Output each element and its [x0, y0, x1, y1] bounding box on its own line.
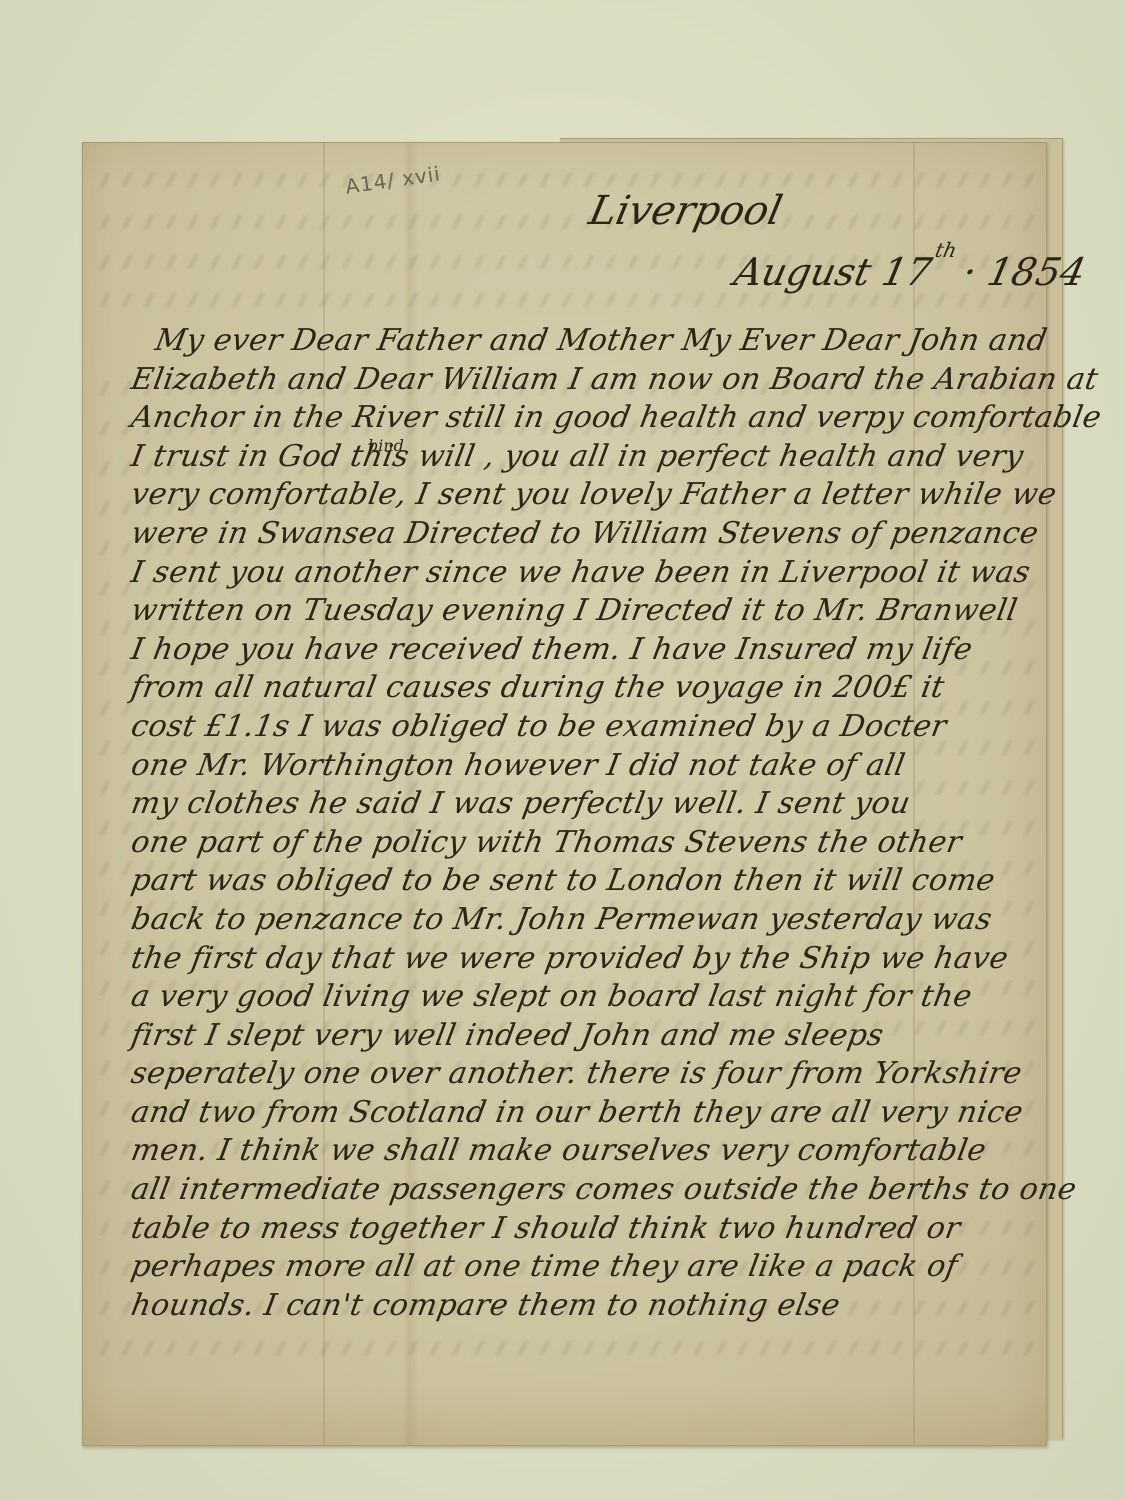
letter-line: seperately one over another. there is fo…	[128, 1055, 1052, 1094]
letter-line: part was obliged to be sent to London th…	[128, 862, 1052, 901]
letter-line: cost £1.1s I was obliged to be examined …	[128, 708, 1052, 747]
letter-line: Anchor in the River still in good health…	[128, 399, 1052, 438]
letter-line: a very good living we slept on board las…	[128, 978, 1052, 1017]
letter-line: first I slept very well indeed John and …	[128, 1017, 1052, 1056]
letter-line: hounds. I can't compare them to nothing …	[128, 1287, 1052, 1326]
letter-line: I hope you have received them. I have In…	[128, 631, 1052, 670]
archive-reference-mark: A14/ xvii	[345, 168, 441, 192]
letter-line: the first day that we were provided by t…	[128, 940, 1052, 979]
letter-body: My ever Dear Father and Mother My Ever D…	[140, 322, 1045, 1325]
letter-line: very comfortable, I sent you lovely Fath…	[128, 476, 1052, 515]
letter-line: perhapes more all at one time they are l…	[128, 1248, 1052, 1287]
letter-place: Liverpool	[585, 188, 786, 234]
letter-line: and two from Scotland in our berth they …	[128, 1094, 1052, 1133]
letter-line: one part of the policy with Thomas Steve…	[128, 824, 1052, 863]
letter-line: I sent you another since we have been in…	[128, 554, 1052, 593]
letter-date: August 17th · 1854	[730, 250, 1089, 294]
letter-line: My ever Dear Father and Mother My Ever D…	[140, 322, 1052, 361]
letter-line: one Mr. Worthington however I did not ta…	[128, 747, 1052, 786]
date-year: 1854	[983, 250, 1089, 294]
letter-line: men. I think we shall make ourselves ver…	[128, 1132, 1052, 1171]
date-day: 17	[878, 250, 936, 294]
letter-line: I trust in God this will , you all in pe…	[128, 438, 1052, 477]
letter-line: my clothes he said I was perfectly well.…	[128, 785, 1052, 824]
letter-line: written on Tuesday evening I Directed it…	[128, 592, 1052, 631]
letter-line: from all natural causes during the voyag…	[128, 669, 1052, 708]
letter-line: Elizabeth and Dear William I am now on B…	[128, 361, 1052, 400]
letter-line: were in Swansea Directed to William Stev…	[128, 515, 1052, 554]
letter-line: all intermediate passengers comes outsid…	[128, 1171, 1052, 1210]
date-month: August	[730, 250, 875, 294]
letter-line: table to mess together I should think tw…	[128, 1210, 1052, 1249]
letter-line: back to penzance to Mr. John Permewan ye…	[128, 901, 1052, 940]
